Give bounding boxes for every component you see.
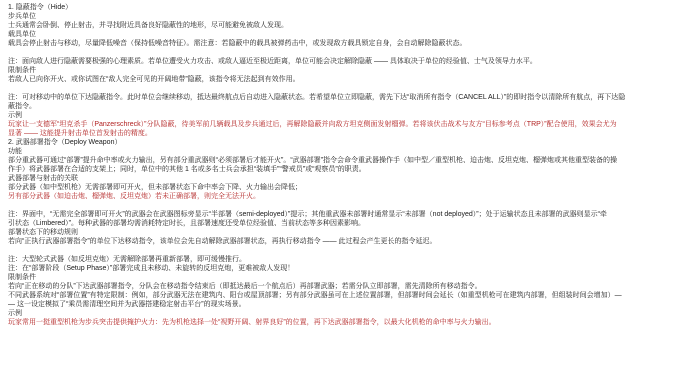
blank-line: [8, 246, 690, 255]
text-line: 另有部分武器（如迫击炮、榴弹炮、反坦克炮）若未正确部署，则完全无法开火。: [8, 192, 690, 201]
text-line: 步兵单位: [8, 12, 690, 21]
text-line: 功能: [8, 147, 690, 156]
text-line: 不同武器系统对“部署位置”有特定限制：例如，部分武器无法在建筑内、阳台或屋顶部署…: [8, 291, 690, 300]
text-line: 注：可对移动中的单位下达隐蔽指令。此时单位会继续移动，抵达最终航点后自动进入隐蔽…: [8, 93, 690, 102]
document-text: 1. 隐蔽指令（Hide）步兵单位士兵通常会卧倒、停止射击，并寻找附近具备良好隐…: [8, 3, 690, 327]
text-line: 玩家让一支德军“坦克杀手（Panzerschreck）”分队隐蔽，待美军前几辆载…: [8, 120, 690, 129]
text-line: 限制条件: [8, 66, 690, 75]
blank-line: [8, 48, 690, 57]
text-line: 1. 隐蔽指令（Hide）: [8, 3, 690, 12]
text-line: 部分重武器可通过“部署”提升命中率或火力输出，另有部分重武器则“必须部署后才能开…: [8, 156, 690, 165]
text-line: 引状态（Limbered）”。每种武器的部署均需消耗特定时长，且部署速度还受单位…: [8, 219, 690, 228]
text-line: 示例: [8, 111, 690, 120]
blank-line: [8, 84, 690, 93]
document-page: 1. 隐蔽指令（Hide）步兵单位士兵通常会卧倒、停止射击，并寻找附近具备良好隐…: [0, 0, 690, 383]
text-line: 部分武器（如中型机枪）无需部署即可开火，但未部署状态下命中率会下降、火力输出会降…: [8, 183, 690, 192]
text-line: 部署状态下的移动规则: [8, 228, 690, 237]
text-line: 2. 武器部署指令（Deploy Weapon）: [8, 138, 690, 147]
text-line: 注：面向敌人进行隐蔽需要极强的心理素质。若单位遭受火力攻击、或敌人逼近至极近距离…: [8, 57, 690, 66]
text-line: 若向“正执行武器部署指令”的单位下达移动指令，该单位会先自动解除武器部署状态，再…: [8, 237, 690, 246]
blank-line: [8, 201, 690, 210]
text-line: 注：大型轮式武器（如反坦克炮）无需解除部署再重新部署，即可缓慢推行。: [8, 255, 690, 264]
text-line: 限制条件: [8, 273, 690, 282]
text-line: 示例: [8, 309, 690, 318]
text-line: 武器部署与射击的关联: [8, 174, 690, 183]
text-line: 若敌人已向你开火、或你试图在“敌人完全可见的开阔地带”隐蔽，该指令将无法起到有效…: [8, 75, 690, 84]
text-line: 玩家常用一挺重型机枪为步兵突击提供掩护火力：先为机枪选择一处“视野开阔、射界良好…: [8, 318, 690, 327]
text-line: 注：在“部署阶段（Setup Phase）”部署完成且未移动、未旋转的反坦克炮，…: [8, 264, 690, 273]
text-line: 注：界面中，“无需完全部署即可开火”的武器会在武器图标旁显示“半部署（semi-…: [8, 210, 690, 219]
text-line: — 这一设定模拟了“乘员需清理空间并为武器搭建稳定射击平台”的现实场景。: [8, 300, 690, 309]
text-line: 显著 —— 这能提升射击单位首发射击的精度。: [8, 129, 690, 138]
text-line: 蔽指令。: [8, 102, 690, 111]
text-line: 作手）将武器部署在合适的支架上；同时，单位中的其他 1 名或多名士兵会承担“装填…: [8, 165, 690, 174]
text-line: 载具会停止射击与移动，尽量降低噪音（保持低噪音特征）。需注意：若隐蔽中的载具被弹…: [8, 39, 690, 48]
text-line: 士兵通常会卧倒、停止射击，并寻找附近具备良好隐蔽性的地形，尽可能避免被敌人发现。: [8, 21, 690, 30]
text-line: 若向“正在移动的分队”下达武器部署指令，分队会在移动指令结束后（即抵达最后一个航…: [8, 282, 690, 291]
text-line: 载具单位: [8, 30, 690, 39]
